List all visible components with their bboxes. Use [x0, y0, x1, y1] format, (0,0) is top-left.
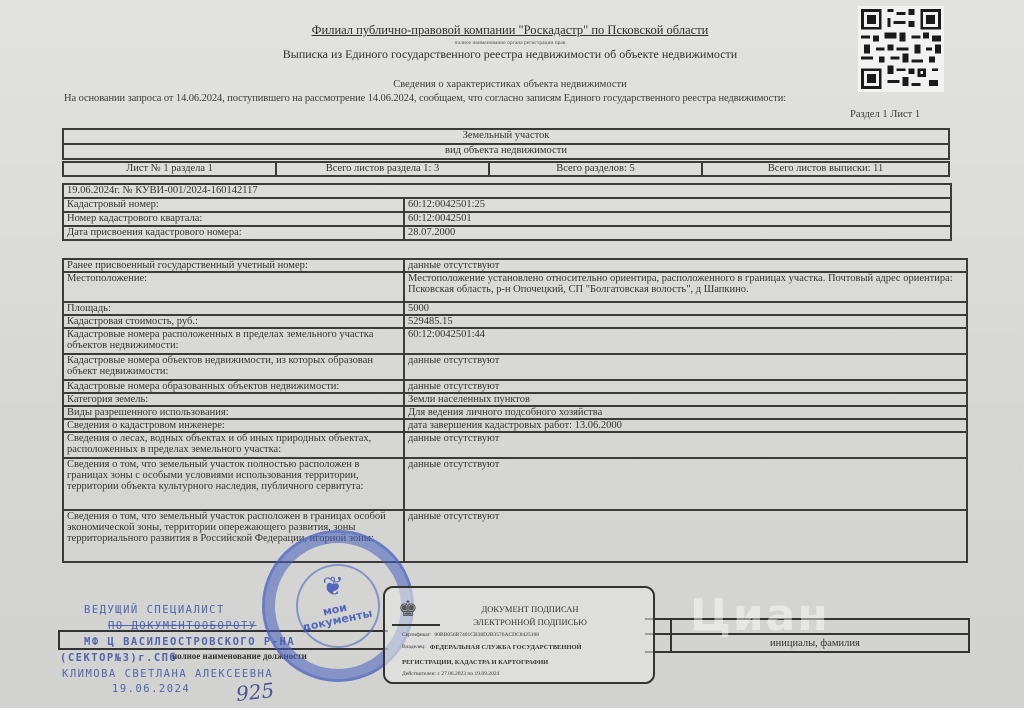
- row-label: Сведения о лесах, водных объектах и об и…: [63, 432, 404, 458]
- table-row: Ранее присвоенный государственный учетны…: [63, 259, 967, 272]
- validity: Действителен: с 27.06.2023 по 19.09.2024: [402, 671, 499, 677]
- identification-table: 19.06.2024г. № КУВИ-001/2024-160142117 К…: [62, 183, 952, 241]
- initials-line: [670, 618, 672, 652]
- row-label: Дата присвоения кадастрового номера:: [63, 226, 404, 240]
- table-row: Местоположение: Местоположение установле…: [63, 272, 967, 302]
- row-label: Сведения о кадастровом инженере:: [63, 419, 404, 432]
- owner-row: Владелец: ФЕДЕРАЛЬНАЯ СЛУЖБА ГОСУДАРСТВЕ…: [402, 644, 582, 651]
- row-value: данные отсутствуют: [404, 458, 967, 510]
- basis-text: На основании запроса от 14.06.2024, пост…: [64, 93, 786, 104]
- table-row: Кадастровый номер: 60:12:0042501:25: [63, 198, 951, 212]
- row-value: данные отсутствуют: [404, 259, 967, 272]
- table-row: Номер кадастрового квартала: 60:12:00425…: [63, 212, 951, 226]
- row-label: Категория земель:: [63, 393, 404, 406]
- permitted-use: Для ведения личного подсобного хозяйства: [404, 406, 967, 419]
- moi-dokumenty-logo-icon: ❦: [318, 572, 348, 602]
- row-label: Кадастровые номера образованных объектов…: [63, 380, 404, 393]
- total-sheets-extract: Всего листов выписки: 11: [702, 162, 949, 176]
- table-row: Сведения о том, что земельный участок ра…: [63, 510, 967, 562]
- sheet-number: Лист № 1 раздела 1: [63, 162, 276, 176]
- total-sheets-section: Всего листов раздела 1: 3: [276, 162, 489, 176]
- row-label: Сведения о том, что земельный участок по…: [63, 458, 404, 510]
- row-label: Виды разрешенного использования:: [63, 406, 404, 419]
- stamp-line-1: ВЕДУЩИЙ СПЕЦИАЛИСТ: [84, 604, 225, 616]
- row-label: Кадастровый номер:: [63, 198, 404, 212]
- page-reference: Раздел 1 Лист 1: [850, 109, 920, 120]
- table-row: Сведения о лесах, водных объектах и об и…: [63, 432, 967, 458]
- certificate-row: Сертификат: 00BB056B7401CB38D2B3576ACDC8…: [402, 632, 539, 638]
- location-value: Местоположение установлено относительно …: [404, 272, 967, 302]
- qr-code-icon: [858, 6, 944, 92]
- owner-line-1: ФЕДЕРАЛЬНАЯ СЛУЖБА ГОСУДАРСТВЕННОЙ: [430, 644, 582, 651]
- table-row: Виды разрешенного использования: Для вед…: [63, 406, 967, 419]
- row-label: Местоположение:: [63, 272, 404, 302]
- organization-name: Филиал публично-правовой компании "Роска…: [250, 23, 770, 38]
- row-value: данные отсутствуют: [404, 432, 967, 458]
- sheets-table: Лист № 1 раздела 1 Всего листов раздела …: [62, 161, 950, 177]
- stamp-line-4: (СЕКТОР№3)г.СПб: [60, 652, 177, 664]
- owner-line-2: РЕГИСТРАЦИИ, КАДАСТРА И КАРТОГРАФИИ: [402, 659, 548, 666]
- e-signature-title-2: ЭЛЕКТРОННОЙ ПОДПИСЬЮ: [430, 617, 630, 627]
- certificate-label: Сертификат:: [402, 632, 432, 638]
- row-value: данные отсутствуют: [404, 510, 967, 562]
- cadastral-number: 60:12:0042501:25: [404, 198, 951, 212]
- table-row: Кадастровые номера образованных объектов…: [63, 380, 967, 393]
- stamp-line-3: МФ Ц ВАСИЛЕОСТРОВСКОГО Р-НА: [84, 636, 295, 648]
- stamp-line-5: КЛИМОВА СВЕТЛАНА АЛЕКСЕЕВНА: [62, 668, 273, 680]
- stamp-line-2: ПО ДОКУМЕНТООБОРОТУ: [108, 620, 257, 632]
- table-row: Кадастровая стоимость, руб.: 529485.15: [63, 315, 967, 328]
- object-type-table: Земельный участок вид объекта недвижимос…: [62, 128, 950, 160]
- coat-of-arms-icon: ♚: [392, 597, 424, 625]
- position-line: [58, 630, 60, 650]
- row-value: данные отсутствуют: [404, 354, 967, 380]
- cadastral-engineer: дата завершения кадастровых работ: 13.06…: [404, 419, 967, 432]
- cadastral-quarter: 60:12:0042501: [404, 212, 951, 226]
- table-row: Кадастровые номера расположенных в преде…: [63, 328, 967, 354]
- document-number: 19.06.2024г. № КУВИ-001/2024-160142117: [63, 184, 951, 198]
- object-type-caption: вид объекта недвижимости: [63, 144, 949, 159]
- owner-label: Владелец:: [402, 644, 426, 651]
- initials-line: [645, 651, 970, 653]
- document-title: Выписка из Единого государственного реес…: [230, 47, 790, 62]
- e-signature-title-1: ДОКУМЕНТ ПОДПИСАН: [430, 604, 630, 614]
- row-label: Номер кадастрового квартала:: [63, 212, 404, 226]
- table-row: Сведения о кадастровом инженере: дата за…: [63, 419, 967, 432]
- details-table: Ранее присвоенный государственный учетны…: [62, 258, 968, 563]
- area-value: 5000: [404, 302, 967, 315]
- row-value: данные отсутствуют: [404, 380, 967, 393]
- initials-line: [968, 618, 970, 652]
- cadastral-value: 529485.15: [404, 315, 967, 328]
- organization-caption: полное наименование органа регистрации п…: [250, 40, 770, 46]
- total-sections: Всего разделов: 5: [489, 162, 702, 176]
- row-label: Площадь:: [63, 302, 404, 315]
- assignment-date: 28.07.2000: [404, 226, 951, 240]
- document-page: Филиал публично-правовой компании "Роска…: [0, 0, 1024, 708]
- table-row: Категория земель: Земли населенных пункт…: [63, 393, 967, 406]
- object-type: Земельный участок: [63, 129, 949, 144]
- watermark: Циан: [690, 590, 830, 641]
- section-title: Сведения о характеристиках объекта недви…: [260, 79, 760, 90]
- row-label: Кадастровые номера расположенных в преде…: [63, 328, 404, 354]
- table-row: Дата присвоения кадастрового номера: 28.…: [63, 226, 951, 240]
- row-value: 60:12:0042501:44: [404, 328, 967, 354]
- table-row: Площадь: 5000: [63, 302, 967, 315]
- table-row: Кадастровые номера объектов недвижимости…: [63, 354, 967, 380]
- land-category: Земли населенных пунктов: [404, 393, 967, 406]
- handwritten-signature: 925: [235, 678, 275, 706]
- stamp-date: 19.06.2024: [112, 683, 190, 695]
- table-row: Сведения о том, что земельный участок по…: [63, 458, 967, 510]
- certificate-value: 00BB056B7401CB38D2B3576ACDC8425108: [435, 632, 540, 638]
- row-label: Ранее присвоенный государственный учетны…: [63, 259, 404, 272]
- row-label: Кадастровая стоимость, руб.:: [63, 315, 404, 328]
- row-label: Кадастровые номера объектов недвижимости…: [63, 354, 404, 380]
